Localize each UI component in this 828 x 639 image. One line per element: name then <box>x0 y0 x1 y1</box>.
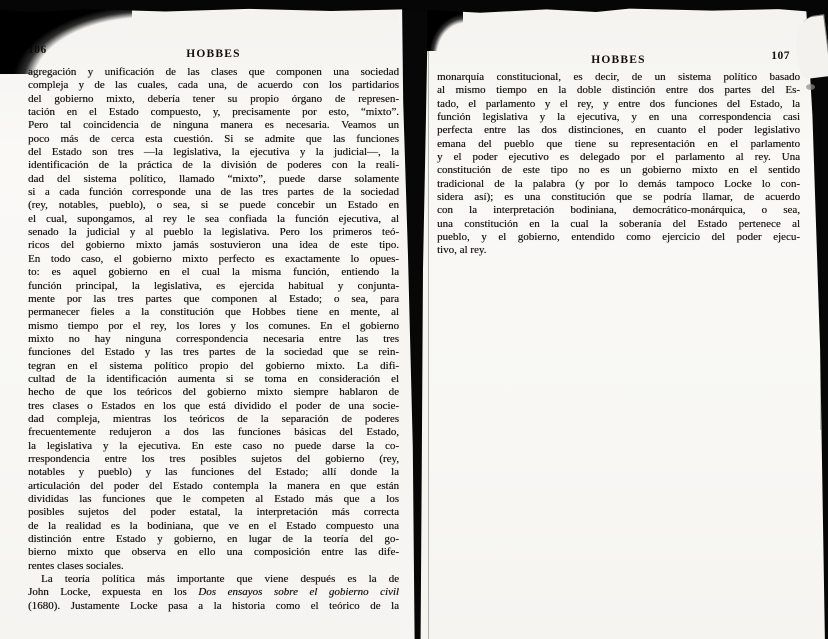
scan-faint-line <box>820 120 821 430</box>
text-line: tradicional de la palabra (y por lo demá… <box>437 178 800 191</box>
paragraph: monarquía constitucional, es decir, de u… <box>437 71 800 258</box>
text-line: con la interpretación bodiniana, democrá… <box>437 204 800 217</box>
page-right: HOBBES 107 monarquía constitucional, es … <box>429 11 828 639</box>
text-line: emana del pueblo que tiene su representa… <box>437 138 800 151</box>
text-line: pueblo, y el gobierno, entendido como ej… <box>437 231 800 244</box>
text-line: En todo caso, el gobierno mixto perfecto… <box>28 253 399 266</box>
text-line: divididas las funciones que le competen … <box>28 493 399 506</box>
text-line: una constitución en la cual la soberanía… <box>437 218 800 231</box>
text-line: frecuentemente redujeron a dos las funci… <box>28 426 399 439</box>
text-line: constitución de este tipo no es un gobie… <box>437 164 800 177</box>
text-line: posibles sujetos del poder estatal, la i… <box>28 506 399 519</box>
text-line: sidera así); es una constitución que se … <box>437 191 800 204</box>
page-number-right: 107 <box>771 50 790 62</box>
text-line: la legislativa y la ejecutiva. En este c… <box>28 440 399 453</box>
text-line: dad del sistema político, llamado “mixto… <box>28 173 399 186</box>
text-line: hecho de que los teóricos del gobierno m… <box>28 386 399 399</box>
page-left: 106 HOBBES agregación y unificación de l… <box>0 11 399 639</box>
text-line: de la realidad es la bodiniana, que ve e… <box>28 520 399 533</box>
scan-speck <box>806 84 815 90</box>
text-line: tación en el Estado compuesto, y, precis… <box>28 106 399 119</box>
text-line: y el poder ejecutivo es delegado por el … <box>437 151 800 164</box>
book-gutter-shadow <box>399 0 429 639</box>
right-page-text: monarquía constitucional, es decir, de u… <box>437 71 800 258</box>
text-line: (1680). Justamente Locke pasa a la histo… <box>28 600 399 613</box>
text-line: compleja y de las cuales, cada una, de a… <box>28 79 399 92</box>
text-line: dad compleja, mientras los teóricos de l… <box>28 413 399 426</box>
text-line: cultad de la identificación aumenta si s… <box>28 373 399 386</box>
running-header-right: HOBBES <box>591 54 646 66</box>
text-line: articulación del poder del Estado contem… <box>28 480 399 493</box>
text-line: Pero tal coincidencia de ninguna manera … <box>28 119 399 132</box>
text-line: monarquía constitucional, es decir, de u… <box>437 71 800 84</box>
text-line: poco más de cerca esta cuestión. Si se a… <box>28 133 399 146</box>
text-line: perfecta entre las dos distinciones, en … <box>437 124 800 137</box>
text-line: mente por las tres partes que componen a… <box>28 293 399 306</box>
text-line: del Estado son tres —la legislativa, la … <box>28 146 399 159</box>
text-line: tres clases o Estados en los que está di… <box>28 400 399 413</box>
text-line: mixto no hay ninguna correspondencia nec… <box>28 333 399 346</box>
page-fold-line <box>428 0 429 639</box>
text-line: el cual, supongamos, al rey le sea confi… <box>28 213 399 226</box>
text-line: función legislativa y la ejecutiva, y en… <box>437 111 800 124</box>
text-line: mismo tiempo por el rey, los lores y los… <box>28 320 399 333</box>
text-line: La teoría política más importante que vi… <box>28 573 399 586</box>
paragraph: agregación y unificación de las clases q… <box>28 66 399 573</box>
text-line: tegran en el sistema político propio del… <box>28 360 399 373</box>
left-page-text: agregación y unificación de las clases q… <box>28 66 399 613</box>
text-line: (rey, notables, pueblo), o sea, si se pu… <box>28 199 399 212</box>
text-line: ricos del gobierno mixto jamás sostuvier… <box>28 239 399 252</box>
text-line: rentes clases sociales. <box>28 560 399 573</box>
text-line: permanecer fieles a la constitución que … <box>28 306 399 319</box>
text-line: identificación de la práctica de la divi… <box>28 159 399 172</box>
text-line: tado, el parlamento y el rey, y entre do… <box>437 98 800 111</box>
text-line: John Locke, expuesta en los Dos ensayos … <box>28 586 399 599</box>
right-page-corner-shadow <box>427 9 463 51</box>
text-line: función principal, la legislativa, es ej… <box>28 280 399 293</box>
text-line: senado la judicial y al pueblo la legisl… <box>28 226 399 239</box>
text-line: distinción entre Estado y gobierno, en l… <box>28 533 399 546</box>
text-line: tivo, al rey. <box>437 244 800 257</box>
text-line: al mismo tiempo en la doble distinción e… <box>437 84 800 97</box>
running-header-left: HOBBES <box>186 48 241 60</box>
text-line: funciones del Estado y las tres partes d… <box>28 346 399 359</box>
text-line: bierno mixto que observa en ello una com… <box>28 546 399 559</box>
paragraph: La teoría política más importante que vi… <box>28 573 399 613</box>
text-line: to: es aquel gobierno en el cual la mism… <box>28 266 399 279</box>
text-line: del gobierno mixto, debería tener su pro… <box>28 93 399 106</box>
text-line: si a cada función corresponde una de las… <box>28 186 399 199</box>
text-line: rrespondencia entre los tres posibles su… <box>28 453 399 466</box>
right-page-header: HOBBES 107 <box>437 50 800 68</box>
book-scan: 106 HOBBES agregación y unificación de l… <box>0 0 828 639</box>
text-line: notables y pueblo) y las funciones del E… <box>28 466 399 479</box>
